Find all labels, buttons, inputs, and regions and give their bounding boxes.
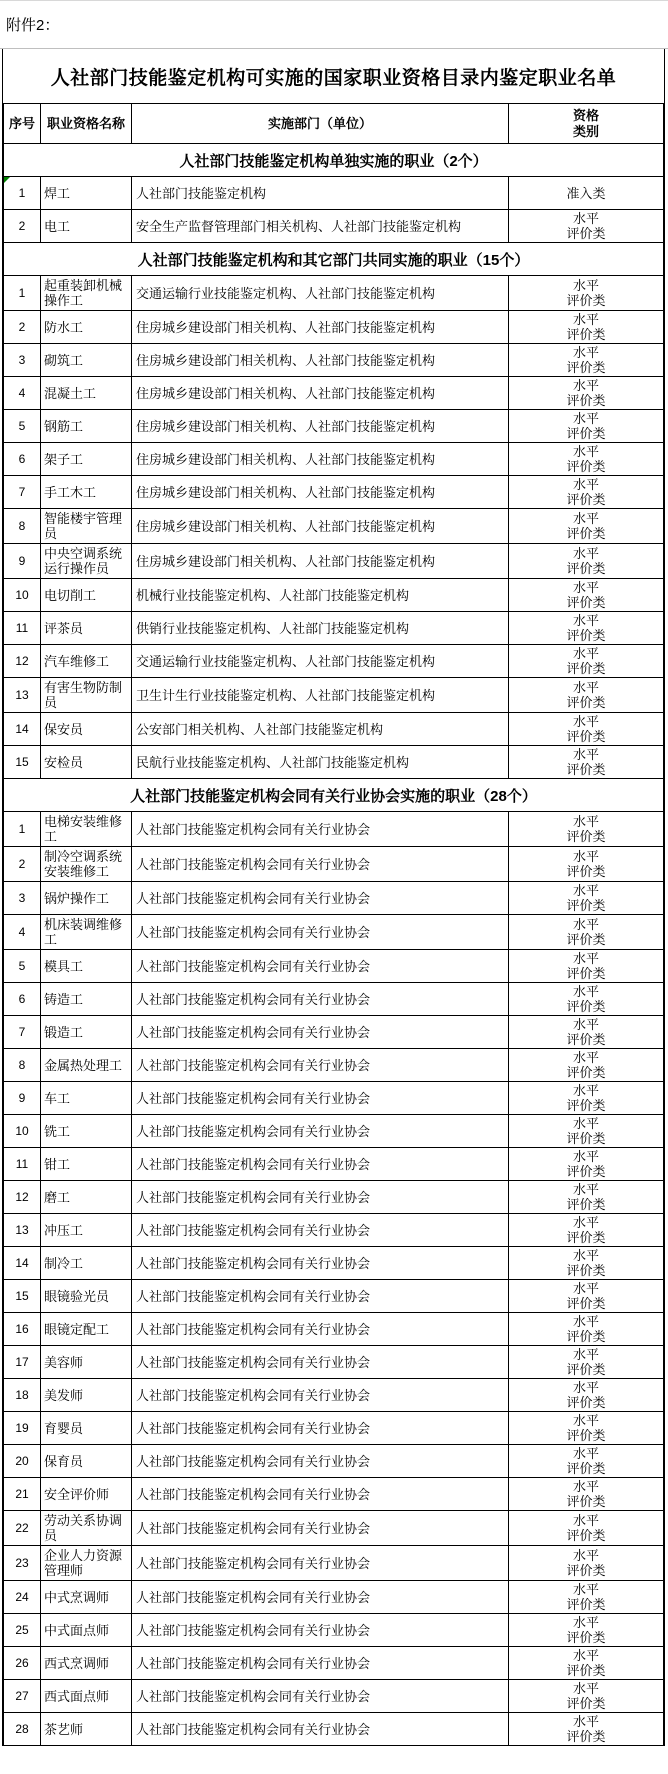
row-number: 17 [4,1346,41,1379]
implementing-department: 卫生计生行业技能鉴定机构、人社部门技能鉴定机构 [132,678,509,713]
table-row: 6铸造工人社部门技能鉴定机构会同有关行业协会水平 评价类 [4,983,664,1016]
qualification-category: 水平 评价类 [509,882,664,915]
row-number: 5 [4,950,41,983]
header-row-number: 序号 [4,104,41,144]
section-banner-row: 人社部门技能鉴定机构单独实施的职业（2个） [4,144,664,177]
qualification-category: 水平 评价类 [509,915,664,950]
occupation-name: 车工 [41,1082,132,1115]
implementing-department: 人社部门技能鉴定机构会同有关行业协会 [132,983,509,1016]
row-number: 24 [4,1581,41,1614]
qualification-category: 水平 评价类 [509,1346,664,1379]
implementing-department: 人社部门技能鉴定机构会同有关行业协会 [132,1247,509,1280]
implementing-department: 人社部门技能鉴定机构会同有关行业协会 [132,1082,509,1115]
row-number: 11 [4,1148,41,1181]
row-number: 27 [4,1680,41,1713]
occupation-name: 锅炉操作工 [41,882,132,915]
occupation-name: 模具工 [41,950,132,983]
table-row: 7手工木工住房城乡建设部门相关机构、人社部门技能鉴定机构水平 评价类 [4,476,664,509]
table-row: 4机床装调维修工人社部门技能鉴定机构会同有关行业协会水平 评价类 [4,915,664,950]
occupation-name: 手工木工 [41,476,132,509]
occupation-name: 防水工 [41,311,132,344]
qualification-category: 水平 评价类 [509,1181,664,1214]
implementing-department: 人社部门技能鉴定机构会同有关行业协会 [132,1445,509,1478]
implementing-department: 住房城乡建设部门相关机构、人社部门技能鉴定机构 [132,509,509,544]
row-number: 13 [4,678,41,713]
row-number: 10 [4,579,41,612]
occupation-name: 混凝土工 [41,377,132,410]
table-row: 19育婴员人社部门技能鉴定机构会同有关行业协会水平 评价类 [4,1412,664,1445]
occupation-name: 砌筑工 [41,344,132,377]
occupation-name: 美容师 [41,1346,132,1379]
qualification-category: 准入类 [509,177,664,210]
row-number: 12 [4,1181,41,1214]
row-number: 8 [4,509,41,544]
section-banner-row: 人社部门技能鉴定机构会同有关行业协会实施的职业（28个） [4,779,664,812]
implementing-department: 人社部门技能鉴定机构会同有关行业协会 [132,1280,509,1313]
qualification-category: 水平 评价类 [509,443,664,476]
section-banner: 人社部门技能鉴定机构单独实施的职业（2个） [4,144,664,177]
header-department: 实施部门（单位） [132,104,509,144]
row-number: 25 [4,1614,41,1647]
occupation-name: 眼镜定配工 [41,1313,132,1346]
table-row: 15眼镜验光员人社部门技能鉴定机构会同有关行业协会水平 评价类 [4,1280,664,1313]
occupation-name: 铣工 [41,1115,132,1148]
table-row: 10电切削工机械行业技能鉴定机构、人社部门技能鉴定机构水平 评价类 [4,579,664,612]
row-number: 3 [4,344,41,377]
document-page: { "page": { "attachment_label": "附件2：", … [0,0,668,1746]
table-row: 5模具工人社部门技能鉴定机构会同有关行业协会水平 评价类 [4,950,664,983]
occupation-name: 钳工 [41,1148,132,1181]
implementing-department: 人社部门技能鉴定机构会同有关行业协会 [132,1016,509,1049]
qualification-category: 水平 评价类 [509,1379,664,1412]
qualification-category: 水平 评价类 [509,1581,664,1614]
qualification-category: 水平 评价类 [509,1511,664,1546]
sheet: 人社部门技能鉴定机构可实施的国家职业资格目录内鉴定职业名单 序号 职业资格名称 … [2,49,665,1746]
row-number: 15 [4,1280,41,1313]
implementing-department: 人社部门技能鉴定机构会同有关行业协会 [132,1214,509,1247]
occupation-name: 电工 [41,210,132,243]
table-row: 13冲压工人社部门技能鉴定机构会同有关行业协会水平 评价类 [4,1214,664,1247]
row-number: 13 [4,1214,41,1247]
implementing-department: 人社部门技能鉴定机构会同有关行业协会 [132,1379,509,1412]
qualification-category: 水平 评价类 [509,1680,664,1713]
table-row: 8智能楼宇管理员住房城乡建设部门相关机构、人社部门技能鉴定机构水平 评价类 [4,509,664,544]
implementing-department: 住房城乡建设部门相关机构、人社部门技能鉴定机构 [132,476,509,509]
implementing-department: 人社部门技能鉴定机构会同有关行业协会 [132,1049,509,1082]
row-number: 18 [4,1379,41,1412]
row-number: 21 [4,1478,41,1511]
row-number: 28 [4,1713,41,1746]
occupation-name: 机床装调维修工 [41,915,132,950]
qualification-category: 水平 评价类 [509,1412,664,1445]
row-number: 4 [4,377,41,410]
occupation-name: 茶艺师 [41,1713,132,1746]
row-number: 1 [4,276,41,311]
table-row: 11评茶员供销行业技能鉴定机构、人社部门技能鉴定机构水平 评价类 [4,612,664,645]
implementing-department: 人社部门技能鉴定机构会同有关行业协会 [132,1478,509,1511]
occupation-name: 金属热处理工 [41,1049,132,1082]
table-row: 2电工安全生产监督管理部门相关机构、人社部门技能鉴定机构水平 评价类 [4,210,664,243]
implementing-department: 公安部门相关机构、人社部门技能鉴定机构 [132,713,509,746]
implementing-department: 人社部门技能鉴定机构会同有关行业协会 [132,1581,509,1614]
qualification-category: 水平 评价类 [509,544,664,579]
table-row: 22劳动关系协调员人社部门技能鉴定机构会同有关行业协会水平 评价类 [4,1511,664,1546]
qualification-category: 水平 评价类 [509,645,664,678]
table-row: 18美发师人社部门技能鉴定机构会同有关行业协会水平 评价类 [4,1379,664,1412]
implementing-department: 交通运输行业技能鉴定机构、人社部门技能鉴定机构 [132,276,509,311]
implementing-department: 人社部门技能鉴定机构会同有关行业协会 [132,1313,509,1346]
row-number: 23 [4,1546,41,1581]
table-row: 25中式面点师人社部门技能鉴定机构会同有关行业协会水平 评价类 [4,1614,664,1647]
occupation-name: 西式烹调师 [41,1647,132,1680]
section-banner: 人社部门技能鉴定机构会同有关行业协会实施的职业（28个） [4,779,664,812]
implementing-department: 人社部门技能鉴定机构会同有关行业协会 [132,1647,509,1680]
occupation-name: 保安员 [41,713,132,746]
occupation-name: 育婴员 [41,1412,132,1445]
qualification-category: 水平 评价类 [509,344,664,377]
occupation-name: 评茶员 [41,612,132,645]
row-number: 4 [4,915,41,950]
row-number: 6 [4,443,41,476]
implementing-department: 机械行业技能鉴定机构、人社部门技能鉴定机构 [132,579,509,612]
table-row: 13有害生物防制员卫生计生行业技能鉴定机构、人社部门技能鉴定机构水平 评价类 [4,678,664,713]
implementing-department: 民航行业技能鉴定机构、人社部门技能鉴定机构 [132,746,509,779]
row-number: 3 [4,882,41,915]
row-number: 8 [4,1049,41,1082]
table-row: 15安检员民航行业技能鉴定机构、人社部门技能鉴定机构水平 评价类 [4,746,664,779]
implementing-department: 人社部门技能鉴定机构会同有关行业协会 [132,847,509,882]
table-row: 1电梯安装维修工人社部门技能鉴定机构会同有关行业协会水平 评价类 [4,812,664,847]
row-number: 9 [4,544,41,579]
table-row: 17美容师人社部门技能鉴定机构会同有关行业协会水平 评价类 [4,1346,664,1379]
qualification-category: 水平 评价类 [509,410,664,443]
row-number: 1 [4,812,41,847]
table-row: 14保安员公安部门相关机构、人社部门技能鉴定机构水平 评价类 [4,713,664,746]
qualification-category: 水平 评价类 [509,1546,664,1581]
table-row: 9车工人社部门技能鉴定机构会同有关行业协会水平 评价类 [4,1082,664,1115]
qualification-category: 水平 评价类 [509,983,664,1016]
implementing-department: 人社部门技能鉴定机构会同有关行业协会 [132,1148,509,1181]
row-number: 10 [4,1115,41,1148]
implementing-department: 人社部门技能鉴定机构会同有关行业协会 [132,1713,509,1746]
qualification-category: 水平 评价类 [509,276,664,311]
qualification-category: 水平 评价类 [509,579,664,612]
row-number: 9 [4,1082,41,1115]
table-row: 26西式烹调师人社部门技能鉴定机构会同有关行业协会水平 评价类 [4,1647,664,1680]
row-number: 2 [4,311,41,344]
qualification-category: 水平 评价类 [509,1082,664,1115]
qualification-category: 水平 评价类 [509,713,664,746]
occupation-name: 制冷工 [41,1247,132,1280]
implementing-department: 住房城乡建设部门相关机构、人社部门技能鉴定机构 [132,344,509,377]
implementing-department: 人社部门技能鉴定机构会同有关行业协会 [132,1181,509,1214]
row-number: 12 [4,645,41,678]
row-number: 16 [4,1313,41,1346]
occupation-name: 企业人力资源管理师 [41,1546,132,1581]
implementing-department: 人社部门技能鉴定机构会同有关行业协会 [132,1680,509,1713]
implementing-department: 供销行业技能鉴定机构、人社部门技能鉴定机构 [132,612,509,645]
occupation-name: 美发师 [41,1379,132,1412]
occupation-name: 中央空调系统运行操作员 [41,544,132,579]
qualification-category: 水平 评价类 [509,509,664,544]
row-number: 22 [4,1511,41,1546]
occupation-name: 汽车维修工 [41,645,132,678]
table-row: 4混凝土工住房城乡建设部门相关机构、人社部门技能鉴定机构水平 评价类 [4,377,664,410]
table-row: 7锻造工人社部门技能鉴定机构会同有关行业协会水平 评价类 [4,1016,664,1049]
header-occupation: 职业资格名称 [41,104,132,144]
qualification-category: 水平 评价类 [509,1280,664,1313]
occupation-name: 眼镜验光员 [41,1280,132,1313]
occupation-name: 电梯安装维修工 [41,812,132,847]
occupation-name: 钢筋工 [41,410,132,443]
implementing-department: 人社部门技能鉴定机构会同有关行业协会 [132,812,509,847]
row-number: 2 [4,847,41,882]
qualification-category: 水平 评价类 [509,950,664,983]
page-title: 人社部门技能鉴定机构可实施的国家职业资格目录内鉴定职业名单 [3,49,664,103]
table-row: 14制冷工人社部门技能鉴定机构会同有关行业协会水平 评价类 [4,1247,664,1280]
implementing-department: 人社部门技能鉴定机构会同有关行业协会 [132,915,509,950]
qualification-category: 水平 评价类 [509,1214,664,1247]
row-number: 11 [4,612,41,645]
qualification-category: 水平 评价类 [509,1115,664,1148]
qualification-category: 水平 评价类 [509,377,664,410]
qualification-category: 水平 评价类 [509,476,664,509]
occupation-name: 起重装卸机械操作工 [41,276,132,311]
table-row: 24中式烹调师人社部门技能鉴定机构会同有关行业协会水平 评价类 [4,1581,664,1614]
occupation-name: 中式面点师 [41,1614,132,1647]
qualification-table: 序号 职业资格名称 实施部门（单位） 资格 类别 人社部门技能鉴定机构单独实施的… [3,103,664,1746]
implementing-department: 人社部门技能鉴定机构会同有关行业协会 [132,1412,509,1445]
qualification-category: 水平 评价类 [509,1713,664,1746]
implementing-department: 住房城乡建设部门相关机构、人社部门技能鉴定机构 [132,544,509,579]
implementing-department: 交通运输行业技能鉴定机构、人社部门技能鉴定机构 [132,645,509,678]
table-row: 10铣工人社部门技能鉴定机构会同有关行业协会水平 评价类 [4,1115,664,1148]
implementing-department: 人社部门技能鉴定机构会同有关行业协会 [132,1546,509,1581]
implementing-department: 人社部门技能鉴定机构会同有关行业协会 [132,1115,509,1148]
occupation-name: 架子工 [41,443,132,476]
qualification-category: 水平 评价类 [509,1478,664,1511]
table-row: 27西式面点师人社部门技能鉴定机构会同有关行业协会水平 评价类 [4,1680,664,1713]
qualification-category: 水平 评价类 [509,1445,664,1478]
row-number: 20 [4,1445,41,1478]
implementing-department: 住房城乡建设部门相关机构、人社部门技能鉴定机构 [132,377,509,410]
attachment-label: 附件2： [0,1,668,48]
occupation-name: 保育员 [41,1445,132,1478]
table-row: 8金属热处理工人社部门技能鉴定机构会同有关行业协会水平 评价类 [4,1049,664,1082]
occupation-name: 安全评价师 [41,1478,132,1511]
table-row: 9中央空调系统运行操作员住房城乡建设部门相关机构、人社部门技能鉴定机构水平 评价… [4,544,664,579]
qualification-category: 水平 评价类 [509,311,664,344]
table-row: 20保育员人社部门技能鉴定机构会同有关行业协会水平 评价类 [4,1445,664,1478]
row-number: 7 [4,476,41,509]
section-banner: 人社部门技能鉴定机构和其它部门共同实施的职业（15个） [4,243,664,276]
implementing-department: 人社部门技能鉴定机构会同有关行业协会 [132,1511,509,1546]
occupation-name: 智能楼宇管理员 [41,509,132,544]
occupation-name: 电切削工 [41,579,132,612]
section-banner-row: 人社部门技能鉴定机构和其它部门共同实施的职业（15个） [4,243,664,276]
row-number: 1 [4,177,41,210]
qualification-category: 水平 评价类 [509,1614,664,1647]
qualification-category: 水平 评价类 [509,746,664,779]
occupation-name: 制冷空调系统安装维修工 [41,847,132,882]
occupation-name: 冲压工 [41,1214,132,1247]
table-row: 12汽车维修工交通运输行业技能鉴定机构、人社部门技能鉴定机构水平 评价类 [4,645,664,678]
table-row: 3锅炉操作工人社部门技能鉴定机构会同有关行业协会水平 评价类 [4,882,664,915]
implementing-department: 安全生产监督管理部门相关机构、人社部门技能鉴定机构 [132,210,509,243]
implementing-department: 住房城乡建设部门相关机构、人社部门技能鉴定机构 [132,410,509,443]
implementing-department: 人社部门技能鉴定机构会同有关行业协会 [132,1614,509,1647]
row-number: 19 [4,1412,41,1445]
row-number: 15 [4,746,41,779]
implementing-department: 人社部门技能鉴定机构会同有关行业协会 [132,882,509,915]
occupation-name: 磨工 [41,1181,132,1214]
qualification-category: 水平 评价类 [509,812,664,847]
occupation-name: 西式面点师 [41,1680,132,1713]
row-number: 2 [4,210,41,243]
table-row: 3砌筑工住房城乡建设部门相关机构、人社部门技能鉴定机构水平 评价类 [4,344,664,377]
occupation-name: 铸造工 [41,983,132,1016]
qualification-category: 水平 评价类 [509,1016,664,1049]
qualification-category: 水平 评价类 [509,678,664,713]
qualification-category: 水平 评价类 [509,1647,664,1680]
qualification-category: 水平 评价类 [509,1313,664,1346]
table-row: 5钢筋工住房城乡建设部门相关机构、人社部门技能鉴定机构水平 评价类 [4,410,664,443]
table-row: 28茶艺师人社部门技能鉴定机构会同有关行业协会水平 评价类 [4,1713,664,1746]
header-row: 序号 职业资格名称 实施部门（单位） 资格 类别 [4,104,664,144]
table-row: 1焊工人社部门技能鉴定机构准入类 [4,177,664,210]
table-row: 16眼镜定配工人社部门技能鉴定机构会同有关行业协会水平 评价类 [4,1313,664,1346]
occupation-name: 有害生物防制员 [41,678,132,713]
table-row: 2防水工住房城乡建设部门相关机构、人社部门技能鉴定机构水平 评价类 [4,311,664,344]
table-row: 23企业人力资源管理师人社部门技能鉴定机构会同有关行业协会水平 评价类 [4,1546,664,1581]
table-row: 6架子工住房城乡建设部门相关机构、人社部门技能鉴定机构水平 评价类 [4,443,664,476]
occupation-name: 安检员 [41,746,132,779]
table-row: 11钳工人社部门技能鉴定机构会同有关行业协会水平 评价类 [4,1148,664,1181]
header-category: 资格 类别 [509,104,664,144]
table-row: 21安全评价师人社部门技能鉴定机构会同有关行业协会水平 评价类 [4,1478,664,1511]
occupation-name: 锻造工 [41,1016,132,1049]
occupation-name: 劳动关系协调员 [41,1511,132,1546]
table-row: 1起重装卸机械操作工交通运输行业技能鉴定机构、人社部门技能鉴定机构水平 评价类 [4,276,664,311]
occupation-name: 中式烹调师 [41,1581,132,1614]
table-row: 12磨工人社部门技能鉴定机构会同有关行业协会水平 评价类 [4,1181,664,1214]
row-number: 5 [4,410,41,443]
qualification-category: 水平 评价类 [509,1049,664,1082]
occupation-name: 焊工 [41,177,132,210]
implementing-department: 人社部门技能鉴定机构 [132,177,509,210]
implementing-department: 住房城乡建设部门相关机构、人社部门技能鉴定机构 [132,443,509,476]
table-row: 2制冷空调系统安装维修工人社部门技能鉴定机构会同有关行业协会水平 评价类 [4,847,664,882]
row-number: 14 [4,713,41,746]
implementing-department: 人社部门技能鉴定机构会同有关行业协会 [132,1346,509,1379]
row-number: 14 [4,1247,41,1280]
qualification-category: 水平 评价类 [509,1148,664,1181]
row-number: 6 [4,983,41,1016]
qualification-category: 水平 评价类 [509,1247,664,1280]
qualification-category: 水平 评价类 [509,612,664,645]
qualification-category: 水平 评价类 [509,847,664,882]
row-number: 7 [4,1016,41,1049]
row-number: 26 [4,1647,41,1680]
implementing-department: 人社部门技能鉴定机构会同有关行业协会 [132,950,509,983]
implementing-department: 住房城乡建设部门相关机构、人社部门技能鉴定机构 [132,311,509,344]
qualification-category: 水平 评价类 [509,210,664,243]
